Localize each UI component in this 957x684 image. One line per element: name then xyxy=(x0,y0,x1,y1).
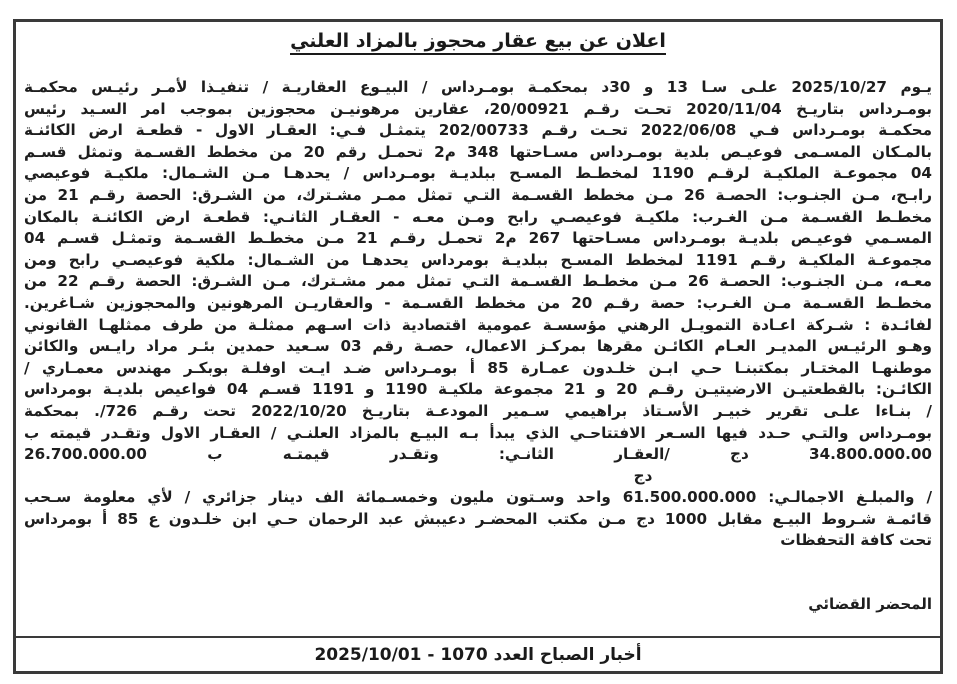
notice-line: رابـح، مـن الجنـوب: الحصـة 26 مـن مخطط ا… xyxy=(24,185,932,207)
notice-line: معـه، مـن الجنـوب: الحصـة 26 مـن مخطـط ا… xyxy=(24,271,932,293)
notice-frame: اعلان عن بيع عقار محجوز بالمزاد العلني ي… xyxy=(13,19,943,666)
notice-title: اعلان عن بيع عقار محجوز بالمزاد العلني xyxy=(16,28,940,54)
notice-line: يـوم 2025/10/27 علـى سـا 13 و 30د بمحكمـ… xyxy=(24,77,932,99)
bailiff-signature: المحضر القضائي xyxy=(808,593,932,615)
notice-line: محكمـة بومـرداس فـي 2022/06/08 تحـت رقـم… xyxy=(24,120,932,142)
notice-line: 04 مجموعـة الملكيـة لرقـم 1190 لمخطـط ال… xyxy=(24,163,932,185)
notice-line: / والمبلـغ الاجمالـي: 61.500.000.000 واح… xyxy=(24,487,932,509)
notice-line: وهـو الرئيـس المديـر العـام الكائـن مقره… xyxy=(24,336,932,358)
notice-line: دج xyxy=(24,466,932,488)
notice-line: 34.800.000.00 دج /العقـار الثانـي: وتقـد… xyxy=(24,444,932,466)
notice-line: مخطـط القسـمة مـن الغـرب: ملكيـة فوعيصـي… xyxy=(24,207,932,229)
publication-name: أخبار الصباح العدد 1070 - xyxy=(427,645,641,665)
notice-line: قائمـة شـروط البيـع مقابل 1000 دج مـن مك… xyxy=(24,509,932,531)
notice-line: بالمـكان المسـمى فوعيـص بلدية بومـرداس م… xyxy=(24,142,932,164)
publication-footer: أخبار الصباح العدد 1070 - 2025/10/01 xyxy=(13,636,943,674)
notice-line: بومـرداس والتـي حـدد فيها السـعر الافتتا… xyxy=(24,423,932,445)
notice-line: / بنـاءا علـى تقرير خبيـر الأسـتاذ براهي… xyxy=(24,401,932,423)
notice-line: لفائـدة : شـركة اعـادة التمويـل الرهني م… xyxy=(24,315,932,337)
footer-text: أخبار الصباح العدد 1070 - 2025/10/01 xyxy=(16,643,940,667)
notice-line: مجموعـة الملكيـة رقـم 1191 لمخطط المسـح … xyxy=(24,250,932,272)
publication-date: 2025/10/01 xyxy=(314,645,421,665)
notice-line: المسـمي فوعيـص بلديـة بومـرداس مسـاحتها … xyxy=(24,228,932,250)
notice-body: يـوم 2025/10/27 علـى سـا 13 و 30د بمحكمـ… xyxy=(24,77,932,552)
notice-line: الكائـن: بالقطعتيـن الارضيتيـن رقـم 20 و… xyxy=(24,379,932,401)
notice-line: بومـرداس بتاريـخ 2020/11/04 تحـت رقـم 20… xyxy=(24,99,932,121)
notice-title-text: اعلان عن بيع عقار محجوز بالمزاد العلني xyxy=(290,30,666,55)
notice-line: موطنهـا المختـار بمكتبنـا حـي ابـن خلـدو… xyxy=(24,358,932,380)
notice-line: تحت كافة التحفظات xyxy=(24,530,932,552)
notice-line: مخطـط القسـمة مـن الغـرب: حصة رقـم 20 من… xyxy=(24,293,932,315)
